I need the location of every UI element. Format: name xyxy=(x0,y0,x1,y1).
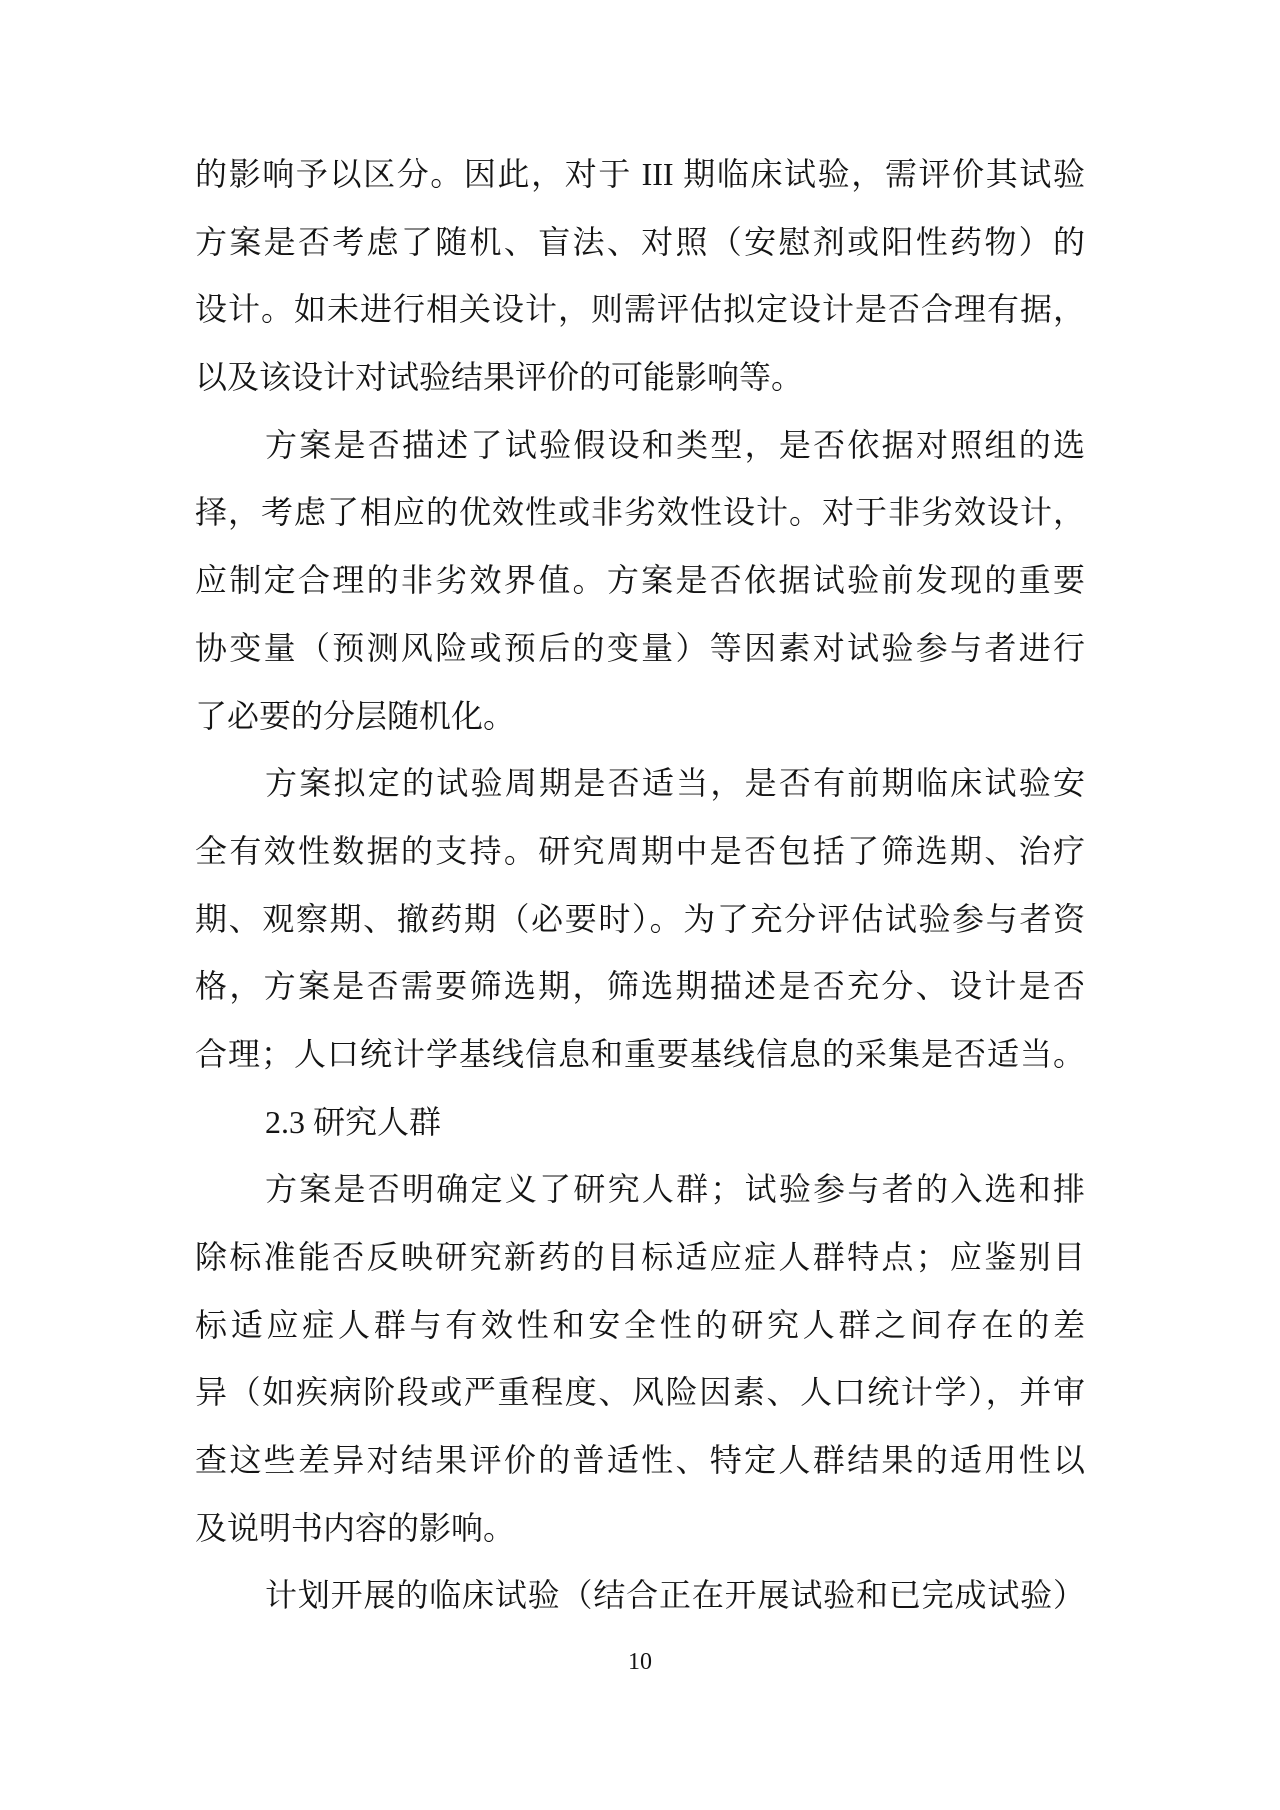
document-line: 了必要的分层随机化。 xyxy=(195,683,1085,751)
document-line: 方案拟定的试验周期是否适当，是否有前期临床试验安 xyxy=(195,750,1085,818)
document-line: 的影响予以区分。因此，对于 III 期临床试验，需评价其试验 xyxy=(195,141,1085,209)
document-line: 方案是否明确定义了研究人群；试验参与者的入选和排 xyxy=(195,1156,1085,1224)
document-line: 格，方案是否需要筛选期，筛选期描述是否充分、设计是否 xyxy=(195,953,1085,1021)
document-line: 应制定合理的非劣效界值。方案是否依据试验前发现的重要 xyxy=(195,547,1085,615)
document-page: 的影响予以区分。因此，对于 III 期临床试验，需评价其试验 方案是否考虑了随机… xyxy=(0,0,1280,1810)
section-heading: 2.3 研究人群 xyxy=(195,1089,1085,1157)
document-line: 方案是否描述了试验假设和类型，是否依据对照组的选 xyxy=(195,412,1085,480)
document-line: 以及该设计对试验结果评价的可能影响等。 xyxy=(195,344,1085,412)
document-line: 择，考虑了相应的优效性或非劣效性设计。对于非劣效设计， xyxy=(195,479,1085,547)
document-line: 合理；人口统计学基线信息和重要基线信息的采集是否适当。 xyxy=(195,1021,1085,1089)
document-line: 期、观察期、撤药期（必要时）。为了充分评估试验参与者资 xyxy=(195,886,1085,954)
document-line: 计划开展的临床试验（结合正在开展试验和已完成试验） xyxy=(195,1562,1085,1630)
document-line: 设计。如未进行相关设计，则需评估拟定设计是否合理有据， xyxy=(195,276,1085,344)
document-line: 及说明书内容的影响。 xyxy=(195,1495,1085,1563)
document-line: 标适应症人群与有效性和安全性的研究人群之间存在的差 xyxy=(195,1292,1085,1360)
document-line: 方案是否考虑了随机、盲法、对照（安慰剂或阳性药物）的 xyxy=(195,209,1085,277)
document-line: 查这些差异对结果评价的普适性、特定人群结果的适用性以 xyxy=(195,1427,1085,1495)
document-text: 的影响予以区分。因此，对于 III 期临床试验，需评价其试验 方案是否考虑了随机… xyxy=(195,141,1085,1630)
document-line: 异（如疾病阶段或严重程度、风险因素、人口统计学），并审 xyxy=(195,1359,1085,1427)
page-number: 10 xyxy=(0,1645,1280,1679)
document-line: 除标准能否反映研究新药的目标适应症人群特点；应鉴别目 xyxy=(195,1224,1085,1292)
document-line: 协变量（预测风险或预后的变量）等因素对试验参与者进行 xyxy=(195,615,1085,683)
document-line: 全有效性数据的支持。研究周期中是否包括了筛选期、治疗 xyxy=(195,818,1085,886)
